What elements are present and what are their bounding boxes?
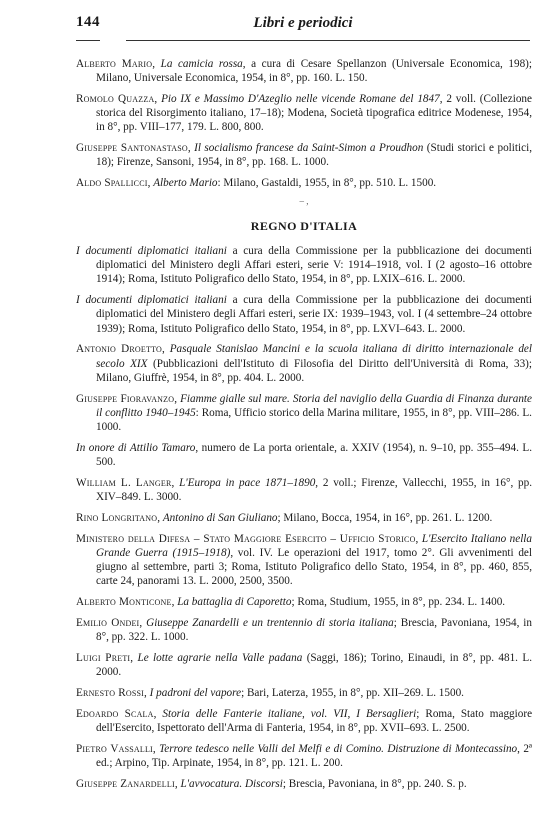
bibliography-entry: Aldo Spallicci, Alberto Mario: Milano, G… <box>76 176 532 190</box>
page-header: 144 Libri e periodici <box>76 14 530 38</box>
entry-details: ; Bari, Laterza, 1955, in 8°, pp. XII–26… <box>241 687 464 699</box>
entry-title: Pio IX e Massimo D'Azeglio nelle vicende… <box>161 93 440 105</box>
bibliography-entry: I documenti diplomatici italiani a cura … <box>76 293 532 336</box>
entry-author: Ministero della Difesa – Stato Maggiore … <box>76 533 416 545</box>
entry-title: Terrore tedesco nelle Valli del Melfi e … <box>159 743 517 755</box>
bibliography-entry: Antonio Droetto, Pasquale Stanislao Manc… <box>76 342 532 385</box>
bibliography-entry: I documenti diplomatici italiani a cura … <box>76 244 532 287</box>
entry-author: Alberto Monticone <box>76 596 172 608</box>
entry-title: La battaglia di Caporetto <box>177 596 291 608</box>
entry-title: I documenti diplomatici italiani <box>76 245 227 257</box>
entry-author: Pietro Vassalli <box>76 743 153 755</box>
entry-author: Giuseppe Fioravanzo <box>76 393 174 405</box>
entry-details: ; Milano, Bocca, 1954, in 16°, pp. 261. … <box>278 512 493 524</box>
bibliography-entry: Alberto Monticone, La battaglia di Capor… <box>76 595 532 609</box>
entry-author: Aldo Spallicci <box>76 177 148 189</box>
entry-details: : Milano, Gastaldi, 1955, in 8°, pp. 510… <box>218 177 437 189</box>
bibliography-entry: Ernesto Rossi, I padroni del vapore; Bar… <box>76 686 532 700</box>
entry-author: Alberto Mario <box>76 58 152 70</box>
entry-author: Luigi Preti <box>76 652 130 664</box>
bibliography-entry: Giuseppe Zanardelli, L'avvocatura. Disco… <box>76 777 532 791</box>
entry-author: Edoardo Scala <box>76 708 154 720</box>
entries-after-section: I documenti diplomatici italiani a cura … <box>76 244 532 791</box>
entry-title: Alberto Mario <box>153 177 217 189</box>
header-rule <box>76 40 530 41</box>
entry-author: Giuseppe Zanardelli <box>76 778 175 790</box>
entry-title: Giuseppe Zanardelli e un trentennio di s… <box>146 617 394 629</box>
entry-author: Antonio Droetto <box>76 343 162 355</box>
entry-title: In onore di Attilio Tamaro <box>76 442 195 454</box>
entry-title: L'avvocatura. Discorsi <box>180 778 282 790</box>
bibliography-entry: Pietro Vassalli, Terrore tedesco nelle V… <box>76 742 532 770</box>
entry-author: Giuseppe Santonastaso <box>76 142 188 154</box>
bibliography-entry: Emilio Ondei, Giuseppe Zanardelli e un t… <box>76 616 532 644</box>
bibliography-entry: William L. Langer, L'Europa in pace 1871… <box>76 476 532 504</box>
entry-details: ; Roma, Studium, 1955, in 8°, pp. 234. L… <box>291 596 505 608</box>
bibliography-entry: In onore di Attilio Tamaro, numero de La… <box>76 441 532 469</box>
entry-author: Rino Longritano <box>76 512 157 524</box>
entry-title: I padroni del vapore <box>150 687 241 699</box>
bibliography-entry: Giuseppe Santonastaso, Il socialismo fra… <box>76 141 532 169</box>
entry-details: (Pubblicazioni dell'Istituto di Filosofi… <box>96 358 532 384</box>
section-mark: – , <box>76 197 532 205</box>
bibliography-entry: Rino Longritano, Antonino di San Giulian… <box>76 511 532 525</box>
bibliography-entry: Alberto Mario, La camicia rossa, a cura … <box>76 57 532 85</box>
entry-title: Le lotte agrarie nella Valle padana <box>137 652 302 664</box>
section-heading: REGNO D'ITALIA <box>76 219 532 234</box>
bibliography-entry: Giuseppe Fioravanzo, Fiamme gialle sul m… <box>76 392 532 435</box>
bibliography-entry: Ministero della Difesa – Stato Maggiore … <box>76 532 532 589</box>
entry-title: La camicia rossa <box>161 58 243 70</box>
entries-before-section: Alberto Mario, La camicia rossa, a cura … <box>76 57 532 190</box>
entry-title: L'Europa in pace 1871–1890 <box>179 477 315 489</box>
entry-title: I documenti diplomatici italiani <box>76 294 227 306</box>
entry-author: William L. Langer <box>76 477 172 489</box>
header-rule-gap <box>100 39 126 42</box>
entry-title: Antonino di San Giuliano <box>163 512 278 524</box>
book-page: 144 Libri e periodici Alberto Mario, La … <box>0 0 550 820</box>
bibliography-entry: Romolo Quazza, Pio IX e Massimo D'Azegli… <box>76 92 532 135</box>
entry-details: ; Brescia, Pavoniana, in 8°, pp. 240. S.… <box>283 778 467 790</box>
bibliography-list: Alberto Mario, La camicia rossa, a cura … <box>76 57 532 797</box>
entry-author: Emilio Ondei <box>76 617 139 629</box>
entry-author: Ernesto Rossi <box>76 687 144 699</box>
running-title: Libri e periodici <box>76 15 530 32</box>
entry-title: Storia delle Fanterie italiane, vol. VII… <box>162 708 416 720</box>
bibliography-entry: Edoardo Scala, Storia delle Fanterie ita… <box>76 707 532 735</box>
bibliography-entry: Luigi Preti, Le lotte agrarie nella Vall… <box>76 651 532 679</box>
entry-title: Il socialismo francese da Saint-Simon a … <box>194 142 423 154</box>
entry-author: Romolo Quazza <box>76 93 154 105</box>
